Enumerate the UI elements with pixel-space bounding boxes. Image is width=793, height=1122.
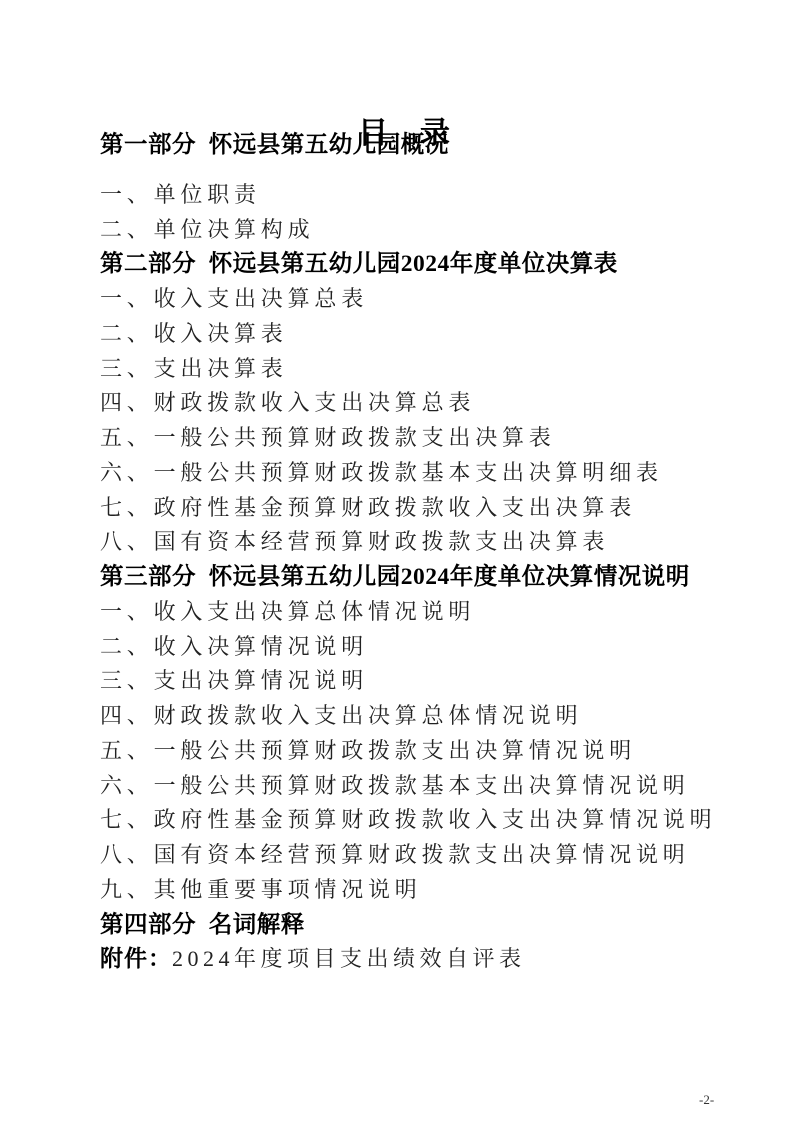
toc-attachment-label: 附件： <box>100 946 172 971</box>
toc-item: 五、一般公共预算财政拨款支出决算表 <box>100 421 753 456</box>
toc-list: 第一部分 怀远县第五幼儿园概况一、单位职责二、单位决算构成第二部分 怀远县第五幼… <box>0 128 793 977</box>
toc-item: 四、财政拨款收入支出决算总表 <box>100 386 753 421</box>
toc-item: 四、财政拨款收入支出决算总体情况说明 <box>100 699 753 734</box>
toc-item: 三、支出决算情况说明 <box>100 664 753 699</box>
toc-item: 七、政府性基金预算财政拨款收入支出决算情况说明 <box>100 803 753 838</box>
toc-item: 二、收入决算情况说明 <box>100 630 753 665</box>
toc-item: 一、收入支出决算总体情况说明 <box>100 595 753 630</box>
toc-item: 八、国有资本经营预算财政拨款支出决算情况说明 <box>100 838 753 873</box>
toc-item: 三、支出决算表 <box>100 352 753 387</box>
title-row: 目 录 <box>0 0 793 116</box>
toc-attachment: 附件：2024年度项目支出绩效自评表 <box>100 942 753 977</box>
toc-item: 一、收入支出决算总表 <box>100 282 753 317</box>
toc-item: 九、其他重要事项情况说明 <box>100 873 753 908</box>
toc-item: 六、一般公共预算财政拨款基本支出决算明细表 <box>100 456 753 491</box>
toc-section-heading: 第一部分 怀远县第五幼儿园概况 <box>100 128 753 163</box>
toc-item: 二、单位决算构成 <box>100 213 753 248</box>
toc-item: 五、一般公共预算财政拨款支出决算情况说明 <box>100 734 753 769</box>
toc-item: 八、国有资本经营预算财政拨款支出决算表 <box>100 525 753 560</box>
toc-item: 六、一般公共预算财政拨款基本支出决算情况说明 <box>100 769 753 804</box>
toc-item: 二、收入决算表 <box>100 317 753 352</box>
toc-section-heading: 第四部分 名词解释 <box>100 908 753 943</box>
toc-section-heading: 第二部分 怀远县第五幼儿园2024年度单位决算表 <box>100 247 753 282</box>
page-number: -2- <box>699 1092 714 1108</box>
toc-section-heading: 第三部分 怀远县第五幼儿园2024年度单位决算情况说明 <box>100 560 753 595</box>
toc-item: 一、单位职责 <box>100 178 753 213</box>
document-page: 目 录 第一部分 怀远县第五幼儿园概况一、单位职责二、单位决算构成第二部分 怀远… <box>0 0 793 1122</box>
toc-item: 七、政府性基金预算财政拨款收入支出决算表 <box>100 491 753 526</box>
toc-attachment-text: 2024年度项目支出绩效自评表 <box>172 946 526 971</box>
